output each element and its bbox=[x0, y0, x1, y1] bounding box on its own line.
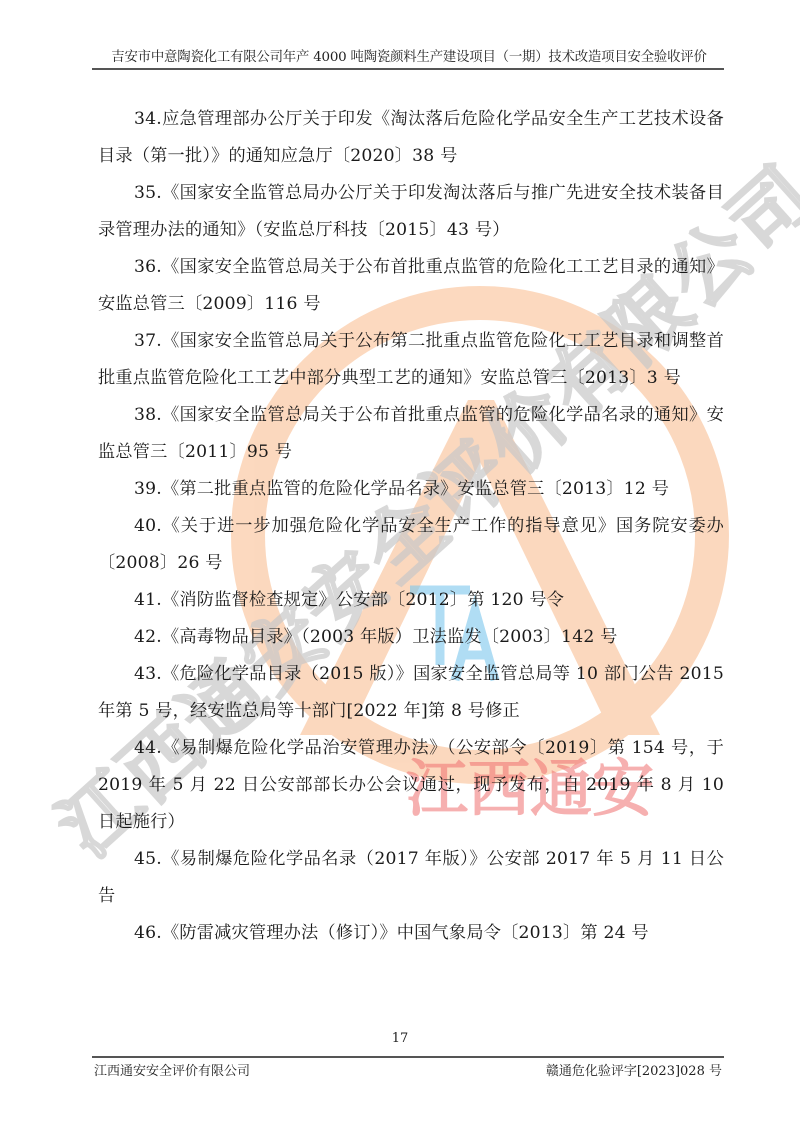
list-item: 36.《国家安全监管总局关于公布首批重点监管的危险化工工艺目录的通知》安监总管三… bbox=[98, 249, 724, 323]
item-number: 35. bbox=[134, 183, 162, 203]
item-number: 37. bbox=[134, 331, 162, 351]
list-item: 34.应急管理部办公厅关于印发《淘汰落后危险化学品安全生产工艺技术设备目录（第一… bbox=[98, 101, 724, 175]
item-number: 38. bbox=[134, 405, 162, 425]
list-item: 39.《第二批重点监管的危险化学品名录》安监总管三〔2013〕12 号 bbox=[98, 471, 724, 508]
footer-company: 江西通安安全评价有限公司 bbox=[94, 1060, 250, 1079]
header-rule bbox=[92, 68, 724, 70]
list-item: 40.《关于进一步加强危险化学品安全生产工作的指导意见》国务院安委办〔2008〕… bbox=[98, 508, 724, 582]
list-item: 45.《易制爆危险化学品名录（2017 年版）》公安部 2017 年 5 月 1… bbox=[98, 841, 724, 915]
list-item: 37.《国家安全监管总局关于公布第二批重点监管危险化工工艺目录和调整首批重点监管… bbox=[98, 323, 724, 397]
item-text: 《消防监督检查规定》公安部〔2012〕第 120 号令 bbox=[162, 590, 564, 610]
item-number: 45. bbox=[134, 849, 162, 869]
item-number: 46. bbox=[134, 923, 162, 943]
item-text: 《危险化学品目录（2015 版）》国家安全监管总局等 10 部门公告 2015 … bbox=[98, 664, 724, 721]
item-number: 39. bbox=[134, 479, 162, 499]
item-text: 《易制爆危险化学品治安管理办法》（公安部令〔2019〕第 154 号，于 201… bbox=[98, 738, 724, 832]
list-item: 42.《高毒物品目录》（2003 年版）卫法监发〔2003〕142 号 bbox=[98, 619, 724, 656]
item-text: 《国家安全监管总局关于公布首批重点监管的危险化学品名录的通知》安监总管三〔201… bbox=[98, 405, 724, 462]
footer-rule bbox=[92, 1056, 724, 1058]
list-item: 38.《国家安全监管总局关于公布首批重点监管的危险化学品名录的通知》安监总管三〔… bbox=[98, 397, 724, 471]
item-text: 《第二批重点监管的危险化学品名录》安监总管三〔2013〕12 号 bbox=[162, 479, 669, 499]
item-text: 应急管理部办公厅关于印发《淘汰落后危险化学品安全生产工艺技术设备目录（第一批）》… bbox=[98, 109, 724, 166]
item-number: 43. bbox=[134, 664, 162, 684]
list-item: 35.《国家安全监管总局办公厅关于印发淘汰落后与推广先进安全技术装备目录管理办法… bbox=[98, 175, 724, 249]
item-number: 40. bbox=[134, 516, 162, 536]
item-number: 36. bbox=[134, 257, 162, 277]
page-number: 17 bbox=[0, 1031, 800, 1046]
item-text: 《易制爆危险化学品名录（2017 年版）》公安部 2017 年 5 月 11 日… bbox=[98, 849, 724, 906]
item-number: 34. bbox=[134, 109, 162, 129]
list-item: 46.《防雷减灾管理办法（修订）》中国气象局令〔2013〕第 24 号 bbox=[98, 915, 724, 952]
list-item: 44.《易制爆危险化学品治安管理办法》（公安部令〔2019〕第 154 号，于 … bbox=[98, 730, 724, 841]
item-text: 《国家安全监管总局关于公布首批重点监管的危险化工工艺目录的通知》安监总管三〔20… bbox=[98, 257, 724, 314]
item-number: 41. bbox=[134, 590, 162, 610]
page-header-title: 吉安市中意陶瓷化工有限公司年产 4000 吨陶瓷颜料生产建设项目（一期）技术改造… bbox=[96, 46, 722, 65]
reference-list: 34.应急管理部办公厅关于印发《淘汰落后危险化学品安全生产工艺技术设备目录（第一… bbox=[98, 101, 724, 952]
item-number: 44. bbox=[134, 738, 162, 758]
item-text: 《高毒物品目录》（2003 年版）卫法监发〔2003〕142 号 bbox=[162, 627, 618, 647]
list-item: 41.《消防监督检查规定》公安部〔2012〕第 120 号令 bbox=[98, 582, 724, 619]
item-text: 《关于进一步加强危险化学品安全生产工作的指导意见》国务院安委办〔2008〕26 … bbox=[98, 516, 724, 573]
item-text: 《防雷减灾管理办法（修订）》中国气象局令〔2013〕第 24 号 bbox=[162, 923, 649, 943]
footer-report-number: 赣通危化验评字[2023]028 号 bbox=[546, 1060, 722, 1079]
item-text: 《国家安全监管总局关于公布第二批重点监管危险化工工艺目录和调整首批重点监管危险化… bbox=[98, 331, 724, 388]
list-item: 43.《危险化学品目录（2015 版）》国家安全监管总局等 10 部门公告 20… bbox=[98, 656, 724, 730]
item-number: 42. bbox=[134, 627, 162, 647]
item-text: 《国家安全监管总局办公厅关于印发淘汰落后与推广先进安全技术装备目录管理办法的通知… bbox=[98, 183, 724, 240]
